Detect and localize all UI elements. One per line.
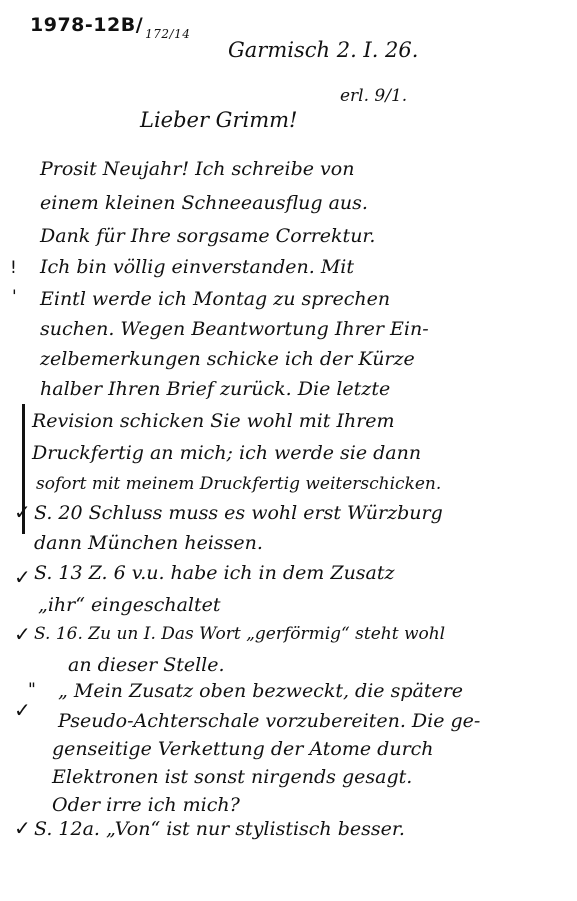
letter-line: „ihr“ eingeschaltet [38, 594, 221, 616]
checkmark-icon: ✓ [14, 565, 31, 589]
letter-line: S. 13 Z. 6 v.u. habe ich in dem Zusatz [34, 562, 395, 584]
letter-line: S. 12a. „Von“ ist nur stylistisch besser… [34, 818, 405, 840]
place-date: Garmisch 2. I. 26. [228, 38, 418, 62]
letter-line: Druckfertig an mich; ich werde sie dann [32, 442, 421, 464]
archive-number: 1978-12B/ [30, 14, 143, 36]
margin-tick-mark: ' [12, 287, 17, 307]
margin-ditto-mark: " [28, 680, 36, 700]
reference-note: erl. 9/1. [340, 86, 407, 106]
letter-line: Oder irre ich mich? [52, 794, 240, 816]
letter-line: zelbemerkungen schicke ich der Kürze [40, 348, 415, 370]
letter-line: halber Ihren Brief zurück. Die letzte [40, 378, 390, 400]
checkmark-icon: ✓ [14, 698, 31, 722]
letter-line: genseitige Verkettung der Atome durch [52, 738, 434, 760]
letter-line: an dieser Stelle. [68, 654, 225, 676]
checkmark-icon: ✓ [14, 816, 31, 840]
margin-exclamation-mark: ! [10, 258, 17, 278]
letter-line: dann München heissen. [34, 532, 263, 554]
letter-line: S. 20 Schluss muss es wohl erst Würzburg [34, 502, 443, 524]
archive-sub-number: 172/14 [145, 27, 190, 41]
letter-line: Prosit Neujahr! Ich schreibe von [40, 158, 354, 180]
letter-line: einem kleinen Schneeausflug aus. [40, 192, 368, 214]
letter-line: Revision schicken Sie wohl mit Ihrem [32, 410, 395, 432]
checkmark-icon: ✓ [14, 500, 31, 524]
letter-line: sofort mit meinem Druckfertig weiterschi… [36, 474, 441, 494]
letter-line: Elektronen ist sonst nirgends gesagt. [52, 766, 412, 788]
archive-stamp: 1978-12B/172/14 [30, 14, 190, 36]
letter-line: „ Mein Zusatz oben bezweckt, die spätere [58, 680, 463, 702]
letter-line: Pseudo-Achterschale vorzubereiten. Die g… [58, 710, 480, 732]
letter-line: suchen. Wegen Beantwortung Ihrer Ein- [40, 318, 429, 340]
checkmark-icon: ✓ [14, 622, 31, 646]
letter-line: Dank für Ihre sorgsame Correktur. [40, 225, 375, 247]
salutation: Lieber Grimm! [140, 108, 297, 132]
letter-line: S. 16. Zu un I. Das Wort „gerförmig“ ste… [34, 624, 445, 644]
letter-line: Eintl werde ich Montag zu sprechen [40, 288, 390, 310]
letter-line: Ich bin völlig einverstanden. Mit [40, 256, 354, 278]
